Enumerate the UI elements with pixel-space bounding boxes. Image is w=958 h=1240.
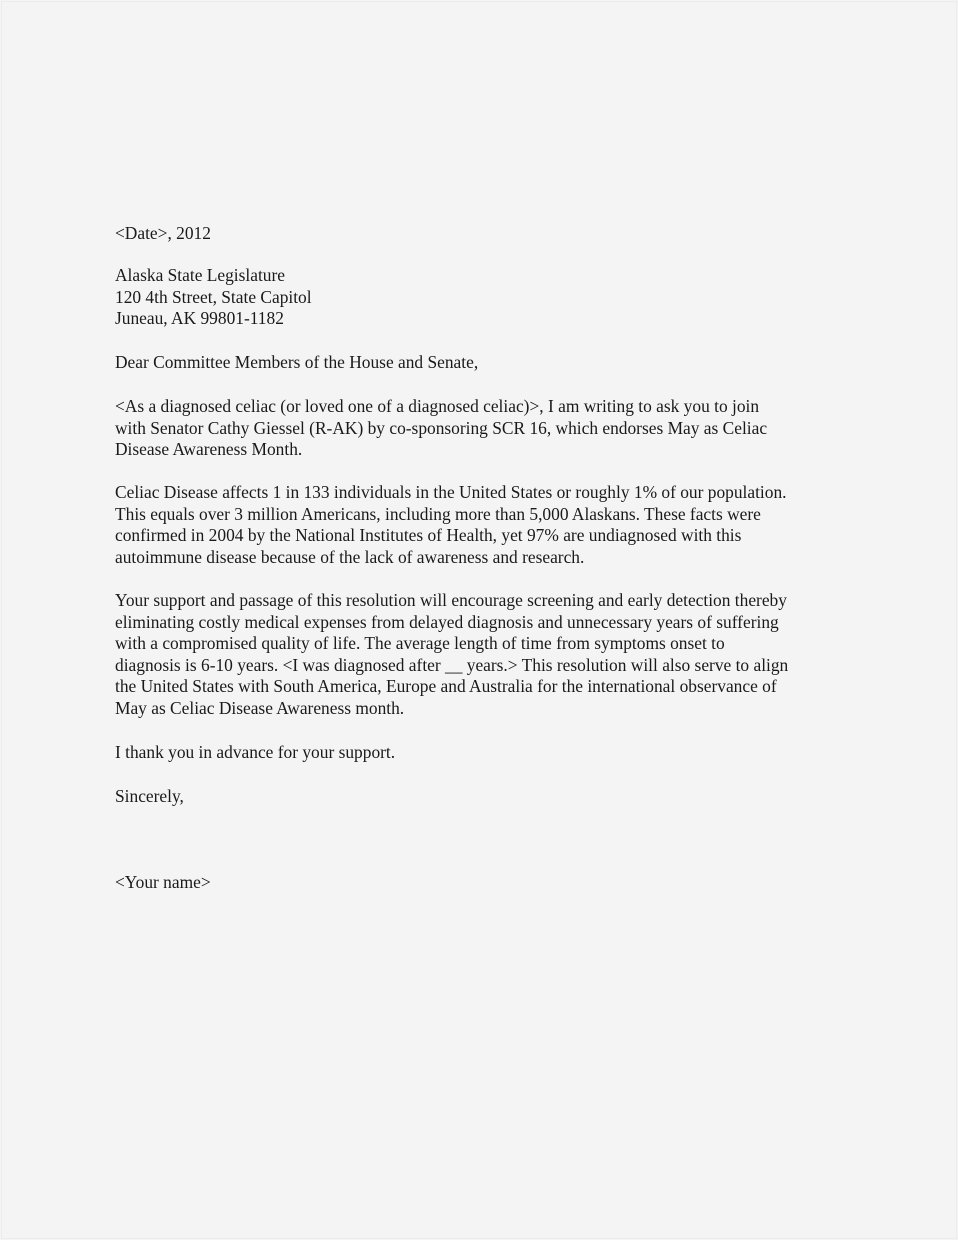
paragraph-line: This equals over 3 million Americans, in… <box>115 504 787 526</box>
paragraph-line: diagnosis is 6-10 years. <I was diagnose… <box>115 655 788 677</box>
date-line: <Date>, 2012 <box>115 223 211 245</box>
salutation: Dear Committee Members of the House and … <box>115 352 478 374</box>
closing-remark-text: I thank you in advance for your support. <box>115 742 395 764</box>
paragraph-line: eliminating costly medical expenses from… <box>115 612 788 634</box>
closing: Sincerely, <box>115 786 184 808</box>
paragraph-support: Your support and passage of this resolut… <box>115 590 788 720</box>
paragraph-line: the United States with South America, Eu… <box>115 676 788 698</box>
closing-remark: I thank you in advance for your support. <box>115 742 395 764</box>
closing-text: Sincerely, <box>115 786 184 808</box>
paragraph-line: with a compromised quality of life. The … <box>115 633 788 655</box>
paragraph-line: Celiac Disease affects 1 in 133 individu… <box>115 482 787 504</box>
paragraph-statistics: Celiac Disease affects 1 in 133 individu… <box>115 482 787 568</box>
paragraph-line: autoimmune disease because of the lack o… <box>115 547 787 569</box>
recipient-address: Alaska State Legislature 120 4th Street,… <box>115 265 312 330</box>
paragraph-line: Disease Awareness Month. <box>115 439 767 461</box>
paragraph-line: confirmed in 2004 by the National Instit… <box>115 525 787 547</box>
document-page: <Date>, 2012 Alaska State Legislature 12… <box>1 1 957 1239</box>
paragraph-line: with Senator Cathy Giessel (R-AK) by co-… <box>115 418 767 440</box>
recipient-city: Juneau, AK 99801-1182 <box>115 308 312 330</box>
paragraph-line: Your support and passage of this resolut… <box>115 590 788 612</box>
signature-text: <Your name> <box>115 872 211 894</box>
signature: <Your name> <box>115 872 211 894</box>
recipient-name: Alaska State Legislature <box>115 265 312 287</box>
paragraph-line: May as Celiac Disease Awareness month. <box>115 698 788 720</box>
salutation-text: Dear Committee Members of the House and … <box>115 352 478 374</box>
paragraph-line: <As a diagnosed celiac (or loved one of … <box>115 396 767 418</box>
paragraph-intro: <As a diagnosed celiac (or loved one of … <box>115 396 767 461</box>
date-text: <Date>, 2012 <box>115 223 211 245</box>
recipient-street: 120 4th Street, State Capitol <box>115 287 312 309</box>
